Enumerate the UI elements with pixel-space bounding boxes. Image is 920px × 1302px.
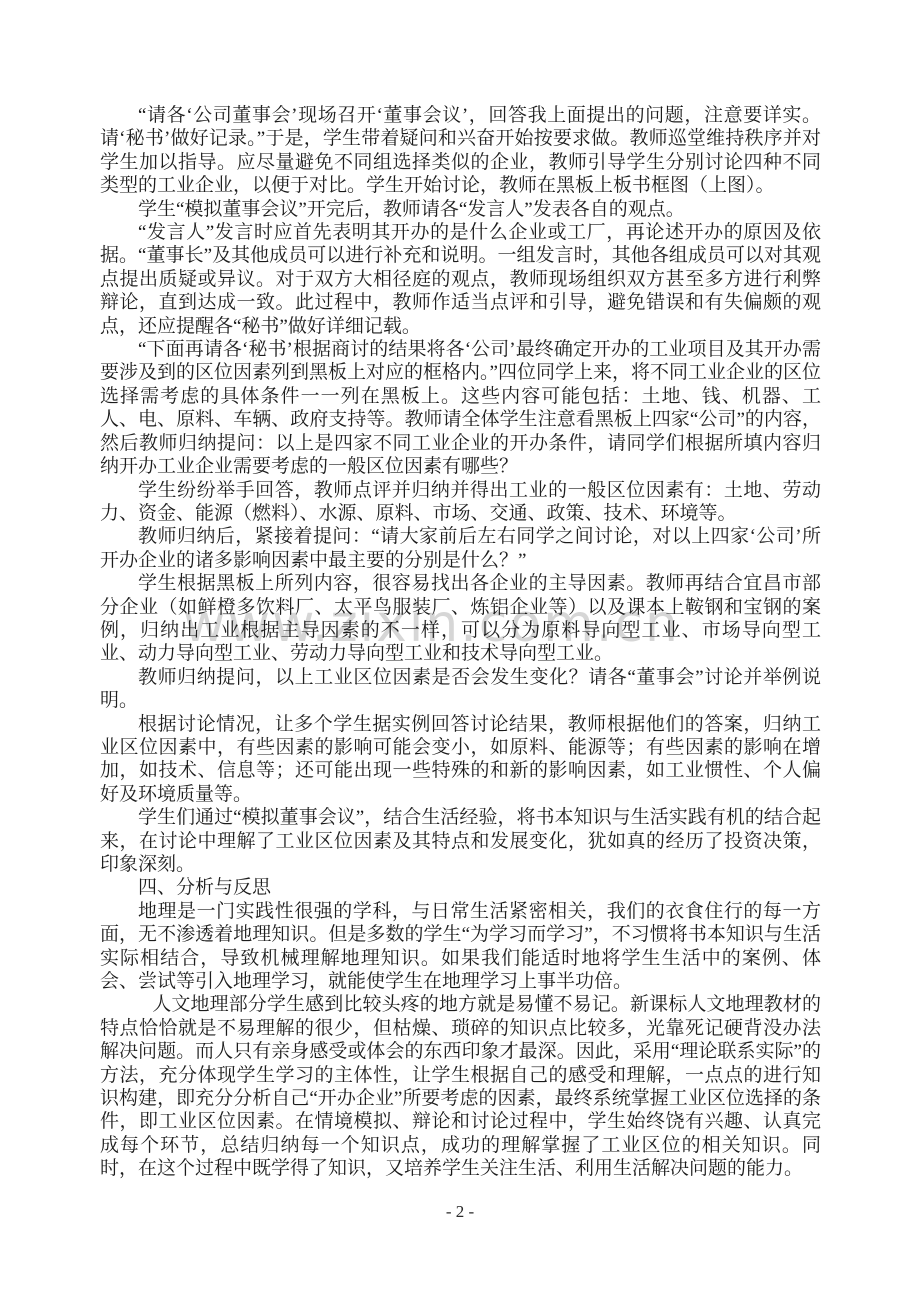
paragraph: 根据讨论情况，让多个学生据实例回答讨论结果，教师根据他们的答案，归纳工业区位因素… xyxy=(100,713,821,807)
section-heading: 四、分析与反思 xyxy=(100,876,821,899)
paragraph: 地理是一门实践性很强的学科，与日常生活紧密相关，我们的衣食住行的每一方面，无不渗… xyxy=(100,900,821,994)
paragraph: 教师归纳提问，以上工业区位因素是否会发生变化？请各“董事会”讨论并举例说明。 xyxy=(100,666,821,713)
document-page: www.zixin.com.cn “请各‘公司董事会’现场召开‘董事会议’，回答… xyxy=(0,0,920,1302)
paragraph: 学生纷纷举手回答，教师点评并归纳并得出工业的一般区位因素有：土地、劳动力、资金、… xyxy=(100,479,821,526)
paragraph: 教师归纳后，紧接着提问：“请大家前后左右同学之间讨论，对以上四家‘公司’所开办企… xyxy=(100,525,821,572)
paragraph: “发言人”发言时应首先表明其开办的是什么企业或工厂，再论述开办的原因及依据。“董… xyxy=(100,221,821,338)
document-content: “请各‘公司董事会’现场召开‘董事会议’，回答我上面提出的问题，注意要详实。请‘… xyxy=(100,104,821,1181)
paragraph: “请各‘公司董事会’现场召开‘董事会议’，回答我上面提出的问题，注意要详实。请‘… xyxy=(100,104,821,198)
page-number: - 2 - xyxy=(0,1202,920,1222)
paragraph: “下面再请各‘秘书’根据商讨的结果将各‘公司’最终确定开办的工业项目及其开办需要… xyxy=(100,338,821,478)
paragraph: 人文地理部分学生感到比较头疼的地方就是易懂不易记。新课标人文地理教材的特点恰恰就… xyxy=(100,993,821,1180)
paragraph: 学生们通过“模拟董事会议”，结合生活经验，将书本知识与生活实践有机的结合起来，在… xyxy=(100,806,821,876)
paragraph: 学生根据黑板上所列内容，很容易找出各企业的主导因素。教师再结合宜昌市部分企业（如… xyxy=(100,572,821,666)
paragraph: 学生“模拟董事会议”开完后，教师请各“发言人”发表各自的观点。 xyxy=(100,198,821,221)
